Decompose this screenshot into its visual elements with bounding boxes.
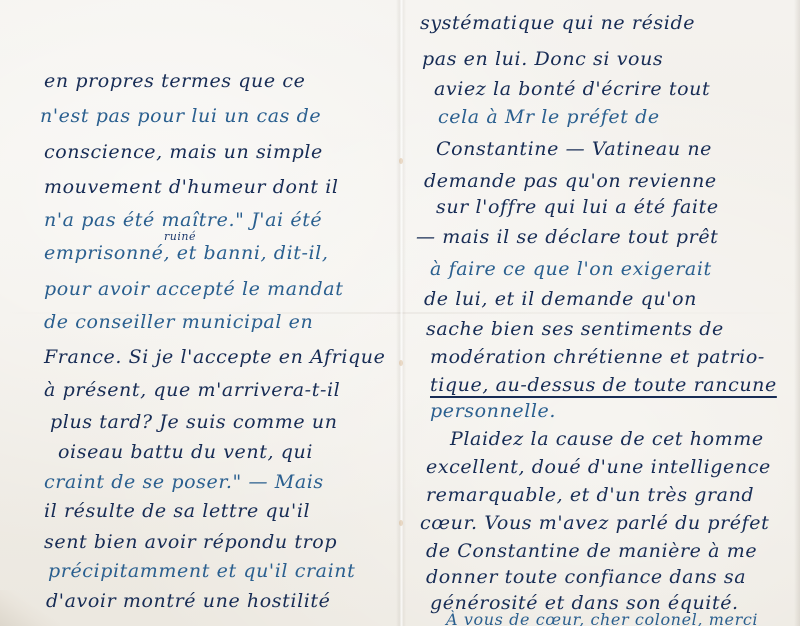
- right-line-11: sache bien ses sentiments de: [426, 320, 724, 339]
- right-line-20: donner toute confiance dans sa: [426, 568, 746, 587]
- left-line-3: conscience, mais un simple: [44, 143, 323, 162]
- left-line-13: craint de se poser." — Mais: [44, 473, 324, 492]
- right-line-1: systématique qui ne réside: [420, 14, 695, 33]
- left-line-7: pour avoir accepté le mandat: [44, 280, 343, 299]
- left-line-6: emprisonné, et banni, dit-il,: [44, 244, 329, 263]
- left-line-5: n'a pas été maître." J'ai été: [44, 211, 322, 230]
- right-line-13: tique, au-dessus de toute rancune: [430, 376, 777, 395]
- right-line-14: personnelle.: [430, 402, 556, 421]
- left-page: en propres termes que ce n'est pas pour …: [0, 0, 400, 626]
- right-line-9: à faire ce que l'on exigerait: [430, 260, 712, 279]
- right-line-8: — mais il se déclare tout prêt: [416, 228, 718, 247]
- right-line-19: de Constantine de manière à me: [426, 542, 757, 561]
- left-line-2: n'est pas pour lui un cas de: [40, 107, 321, 126]
- left-line-15: sent bien avoir répondu trop: [44, 533, 337, 552]
- right-line-5: Constantine — Vatineau ne: [436, 140, 712, 159]
- right-line-16: excellent, doué d'une intelligence: [426, 458, 771, 477]
- left-line-10: à présent, que m'arrivera-t-il: [44, 381, 340, 400]
- right-line-6: demande pas qu'on revienne: [424, 172, 717, 191]
- right-line-2: pas en lui. Donc si vous: [422, 50, 663, 69]
- left-line-12: oiseau battu du vent, qui: [58, 443, 313, 462]
- right-page: systématique qui ne réside pas en lui. D…: [400, 0, 800, 626]
- right-line-3: aviez la bonté d'écrire tout: [434, 80, 710, 99]
- right-line-12: modération chrétienne et patrio-: [430, 348, 765, 367]
- right-line-1-text: systématique qui ne réside: [420, 12, 695, 34]
- left-line-14: il résulte de sa lettre qu'il: [44, 502, 310, 521]
- right-line-17: remarquable, et d'un très grand: [426, 486, 754, 505]
- right-line-18: cœur. Vous m'avez parlé du préfet: [420, 514, 769, 533]
- right-line-4: cela à Mr le préfet de: [438, 108, 660, 127]
- right-line-22: À vous de cœur, cher colonel, merci: [446, 612, 758, 626]
- left-line-9: France. Si je l'accepte en Afrique: [44, 348, 385, 367]
- right-line-10: de lui, et il demande qu'on: [424, 290, 697, 309]
- left-line-4: mouvement d'humeur dont il: [44, 178, 339, 197]
- right-line-15: Plaidez la cause de cet homme: [450, 430, 764, 449]
- letter-spread: en propres termes que ce n'est pas pour …: [0, 0, 800, 626]
- right-line-7: sur l'offre qui lui a été faite: [436, 198, 719, 217]
- left-line-1: en propres termes que ce: [44, 72, 305, 91]
- left-line-17: d'avoir montré une hostilité: [46, 592, 331, 611]
- left-line-16: précipitamment et qu'il craint: [48, 562, 355, 581]
- left-line-11: plus tard? Je suis comme un: [50, 413, 338, 432]
- left-line-8: de conseiller municipal en: [44, 313, 313, 332]
